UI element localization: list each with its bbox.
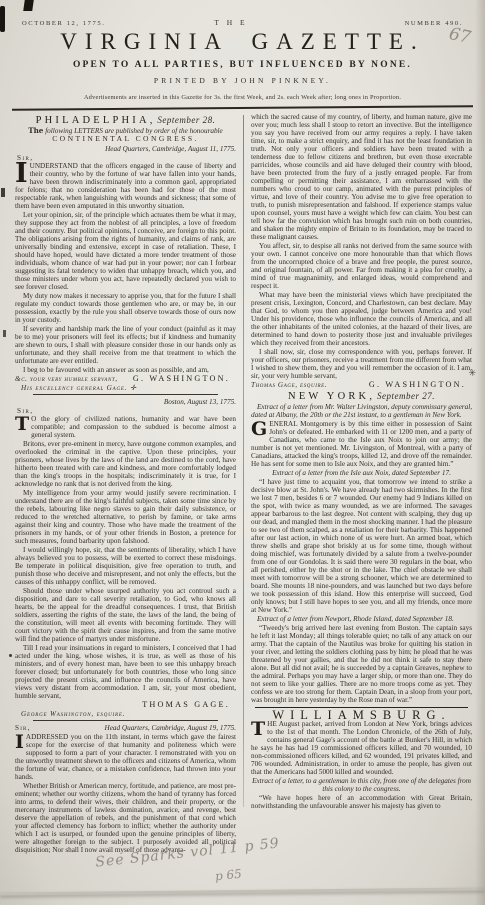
paragraph: I beg to be favoured with an answer as s…: [15, 366, 236, 374]
signature-addressee: &c. your very humble servant,: [15, 375, 118, 383]
paragraph-text: I beg to be favoured with an answer as s…: [23, 366, 209, 374]
letter-address: George Washington, esquire.: [21, 710, 236, 718]
letter-salutation: Sir,: [17, 407, 236, 415]
letter-salutation: Sir,: [17, 154, 236, 162]
paragraph-text: ENERAL Montgomery is by this time either…: [251, 420, 472, 468]
masthead: October 12, 1775. T H E Number 490. VIRG…: [0, 0, 485, 109]
paragraph-text: which the sacred cause of my country, of…: [251, 113, 472, 241]
dateline-salutation: Sir,: [15, 724, 31, 732]
paragraph-text: “Tweedy's brig arrived here last evening…: [251, 624, 472, 704]
paragraph: “Tweedy's brig arrived here last evening…: [251, 624, 472, 704]
paragraph-text: Britons, ever pre-eminent in mercy, have…: [15, 440, 236, 488]
paragraph: which the sacred cause of my country, of…: [251, 113, 472, 241]
signature-name: THOMAS GAGE.: [142, 701, 236, 709]
section-heading: WILLIAMSBURG.: [251, 711, 472, 719]
paragraph: Till I read your insinuations in regard …: [15, 644, 236, 700]
paragraph-text: I shall now, sir, close my correspondenc…: [251, 348, 472, 380]
edge-artifact: [1, 188, 5, 197]
dateline-place-date: Head Quarters, Cambridge, August 11, 177…: [105, 145, 236, 153]
paragraph-text: Till I read your insinuations in regard …: [15, 644, 236, 700]
paragraph-text: My intelligence from your army would jus…: [15, 489, 236, 545]
dropcap-letter: I: [15, 733, 26, 750]
newspaper-page: October 12, 1775. T H E Number 490. VIRG…: [0, 0, 485, 905]
dateline-place-date: Boston, August 13, 1775.: [164, 398, 236, 406]
edge-artifact: [3, 330, 6, 337]
right-column: which the sacred cause of my country, of…: [243, 113, 472, 855]
paragraph: I would willingly hope, sir, that the se…: [15, 546, 236, 586]
paragraph: You affect, sir, to despise all ranks no…: [251, 242, 472, 290]
signature-addressee: Thomas Gage, esquire.: [251, 381, 327, 389]
dropcap-letter: G: [251, 420, 269, 437]
dropcap-letter: I: [15, 162, 30, 185]
paragraph: IUNDERSTAND that the officers engaged in…: [15, 162, 236, 210]
letter-dateline: Sir,Head Quarters, Cambridge, August 19,…: [15, 724, 236, 732]
paragraph: GENERAL Montgomery is by this time eithe…: [251, 420, 472, 468]
paragraph: Let your opinion, sir, of the principle …: [15, 211, 236, 291]
city-heading: NEW YORK, September 27.: [251, 392, 472, 401]
section-rule: [33, 720, 218, 721]
paragraph-text: Let your opinion, sir, of the principle …: [15, 211, 236, 291]
printer-line: Printed by John Pinkney.: [0, 76, 485, 85]
advertisement-rates: Advertisements are inserted in this Gaze…: [0, 94, 485, 101]
paragraph: “I have just time to acquaint you, that …: [251, 478, 472, 614]
dropcap-letter: T: [251, 720, 267, 737]
section-rule: [33, 394, 218, 395]
page-body: PHILADELPHIA, September 28.The following…: [0, 109, 485, 855]
page-right-shadow: [475, 0, 485, 905]
masthead-the: T H E: [214, 18, 247, 27]
paragraph: “We have hopes here of an accommodation …: [251, 794, 472, 810]
extract-note: Extract of a letter from the Isle aux No…: [251, 469, 472, 477]
paragraph-text: HE August packet, arrived from London at…: [251, 720, 472, 776]
paper-title: VIRGINIA GAZETTE.: [0, 29, 485, 55]
dropcap-letter: T: [15, 415, 31, 432]
paragraph: THE August packet, arrived from London a…: [251, 720, 472, 776]
paragraph-text: You affect, sir, to despise all ranks no…: [251, 242, 472, 290]
city-heading-date: September 27.: [377, 391, 435, 401]
paragraph-text: “I have just time to acquaint you, that …: [251, 478, 472, 614]
paragraph-text: ADDRESSED you on the 11th instant, in te…: [15, 733, 236, 781]
paragraph: I shall now, sir, close my correspondenc…: [251, 348, 472, 380]
paragraph: TO the glory of civilized nations, human…: [15, 415, 236, 439]
letter-dateline: Boston, August 13, 1775.: [15, 398, 236, 406]
signature-name: G. WASHINGTON.: [369, 381, 472, 389]
letters-intro-lead: The: [28, 126, 43, 135]
paragraph-text: “We have hopes here of an accommodation …: [251, 794, 472, 810]
paragraph: What may have been the ministerial views…: [251, 291, 472, 347]
paragraph-text: If severity and hardship mark the line o…: [15, 325, 236, 365]
paragraph: My duty now makes it necessary to appris…: [15, 292, 236, 324]
city-heading-date: September 28.: [157, 115, 215, 125]
paragraph-text: O the glory of civilized nations, humani…: [31, 415, 236, 439]
pencil-note-2: p 65: [214, 867, 242, 884]
signature-line: Thomas Gage, esquire.G. WASHINGTON.: [251, 381, 472, 389]
paragraph-text: Should those under whose usurped authori…: [15, 587, 236, 643]
city-heading: PHILADELPHIA, September 28.: [15, 116, 236, 125]
pencil-page-number: 67: [448, 24, 473, 48]
column-divider: [243, 115, 244, 807]
paragraph: Britons, ever pre-eminent in mercy, have…: [15, 440, 236, 488]
letters-intro: The following LETTERS are published by o…: [15, 127, 236, 143]
paragraph: My intelligence from your army would jus…: [15, 489, 236, 545]
extract-note: Extract of a letter from Newport, Rhode …: [251, 615, 472, 623]
edge-artifact: [9, 654, 12, 657]
letter-address: His excellency general Gage. ✛: [21, 384, 236, 392]
paper-motto: OPEN TO ALL PARTIES, BUT INFLUENCED BY N…: [0, 60, 485, 70]
signature-line: THOMAS GAGE.: [15, 701, 236, 709]
city-heading-caps: PHILADELPHIA,: [36, 115, 156, 126]
paragraph: IADDRESSED you on the 11th instant, in t…: [15, 733, 236, 781]
letter-dateline: Head Quarters, Cambridge, August 11, 177…: [15, 145, 236, 153]
issue-date: October 12, 1775.: [22, 20, 105, 27]
page-bottom-edge: [0, 887, 485, 895]
paragraph-text: I would willingly hope, sir, that the se…: [15, 546, 236, 586]
paragraph: If severity and hardship mark the line o…: [15, 325, 236, 365]
paragraph: Should those under whose usurped authori…: [15, 587, 236, 643]
paragraph-text: My duty now makes it necessary to appris…: [15, 292, 236, 324]
city-heading-caps: NEW YORK,: [288, 391, 375, 402]
edge-artifact: [23, 0, 34, 11]
paragraph-text: UNDERSTAND that the officers engaged in …: [15, 162, 236, 210]
extract-note: Extract of a letter, to a gentleman in t…: [251, 777, 472, 793]
letters-intro-congress: CONTINENTAL CONGRESS.: [15, 135, 236, 143]
signature-line: &c. your very humble servant,G. WASHINGT…: [15, 375, 236, 383]
paragraph-text: What may have been the ministerial views…: [251, 291, 472, 347]
dateline-place-date: Head Quarters, Cambridge, August 19, 177…: [105, 724, 236, 732]
signature-name: G. WASHINGTON.: [133, 375, 236, 383]
extract-note: Extract of a letter from Mr. Walter Livi…: [251, 403, 472, 419]
left-column: PHILADELPHIA, September 28.The following…: [15, 113, 243, 855]
edge-artifact: [0, 6, 5, 32]
